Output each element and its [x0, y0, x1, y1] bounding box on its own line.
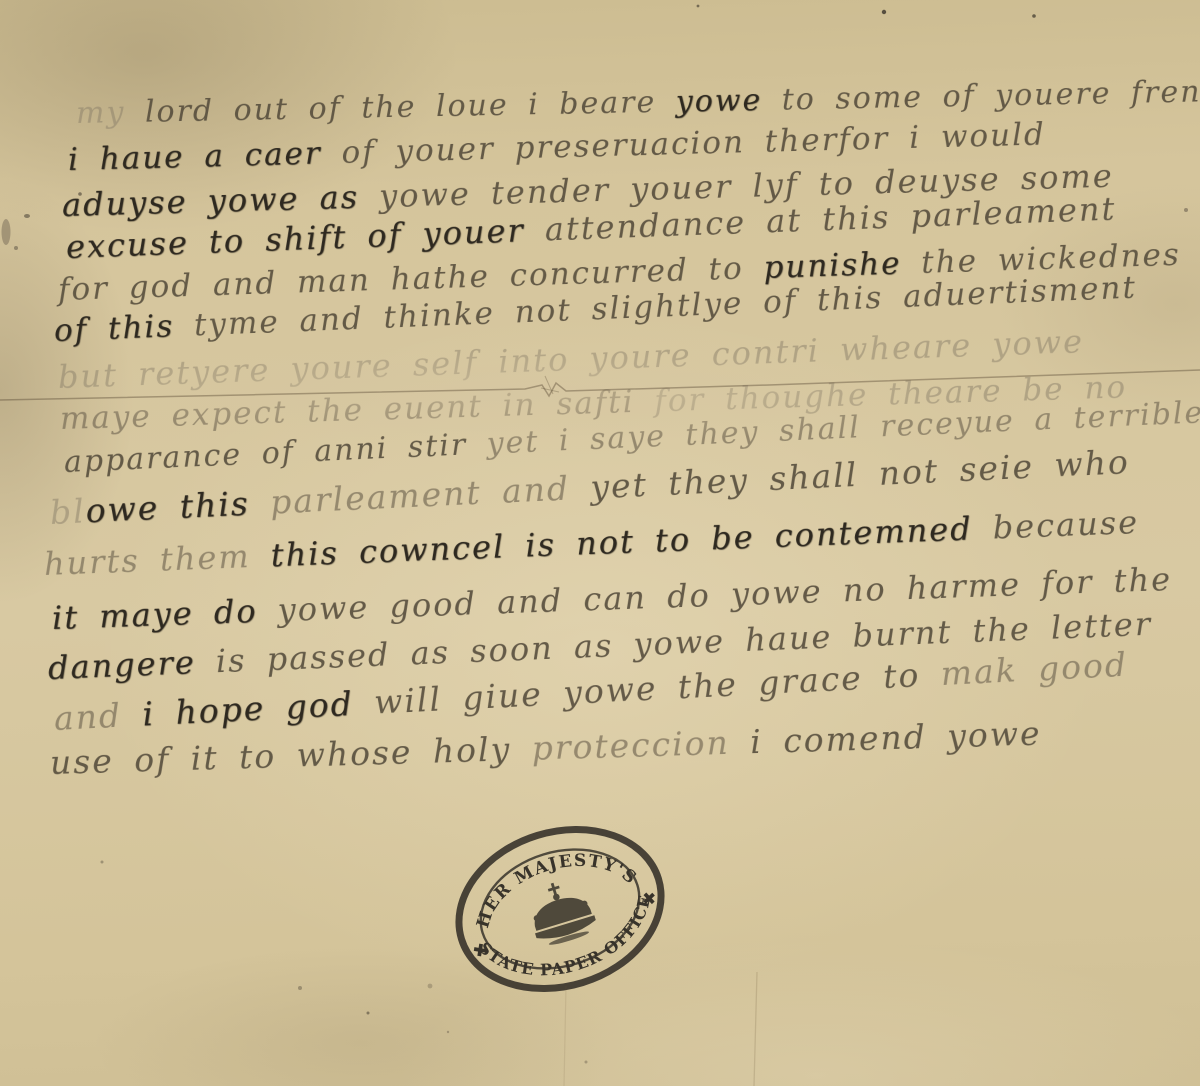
letter-line-segment: proteccion — [531, 722, 751, 767]
letter-line-segment: my — [76, 95, 146, 131]
letter-line-segment: therfor i would — [764, 116, 1046, 159]
crown-icon — [522, 874, 599, 950]
letter-line-segment: because — [992, 503, 1140, 547]
letter-line-segment: aduyse yowe as — [61, 177, 379, 224]
state-paper-office-stamp: HER MAJESTY'S STATE PAPER OFFICE ✚ ✚ — [434, 810, 686, 1008]
letter-line-segment: this cowncel is not to be contemned — [270, 509, 993, 575]
letter-line-segment: i hope god — [141, 683, 375, 734]
letter-line-segment: parleament and — [269, 468, 591, 522]
letter-line-segment: owe this — [85, 483, 271, 531]
letter-line-segment: of this — [53, 307, 194, 349]
letter-line-segment: mak good — [940, 645, 1129, 693]
letter-line-segment: hurts them — [43, 536, 271, 583]
letter-line-segment: bl — [49, 491, 86, 532]
letter-line-segment: and — [53, 695, 143, 738]
letter-line-segment: it maye do — [51, 591, 278, 637]
letter-line-segment: lord out of the loue i beare — [145, 84, 677, 129]
letter-line-segment: use of it to whose holy — [49, 729, 532, 782]
letter-line-segment: to some of youere frends — [781, 74, 1200, 118]
letter-line-segment: dangere — [47, 642, 216, 687]
manuscript-page: my lord out of the loue i beare yowe to … — [0, 0, 1200, 1086]
letter-line-segment: of youer preseruacion — [341, 124, 765, 171]
letter-line-segment: i haue a caer — [68, 135, 342, 178]
letter-line-segment: i comend yowe — [750, 714, 1042, 762]
letter-line-segment: yowe — [675, 82, 782, 119]
